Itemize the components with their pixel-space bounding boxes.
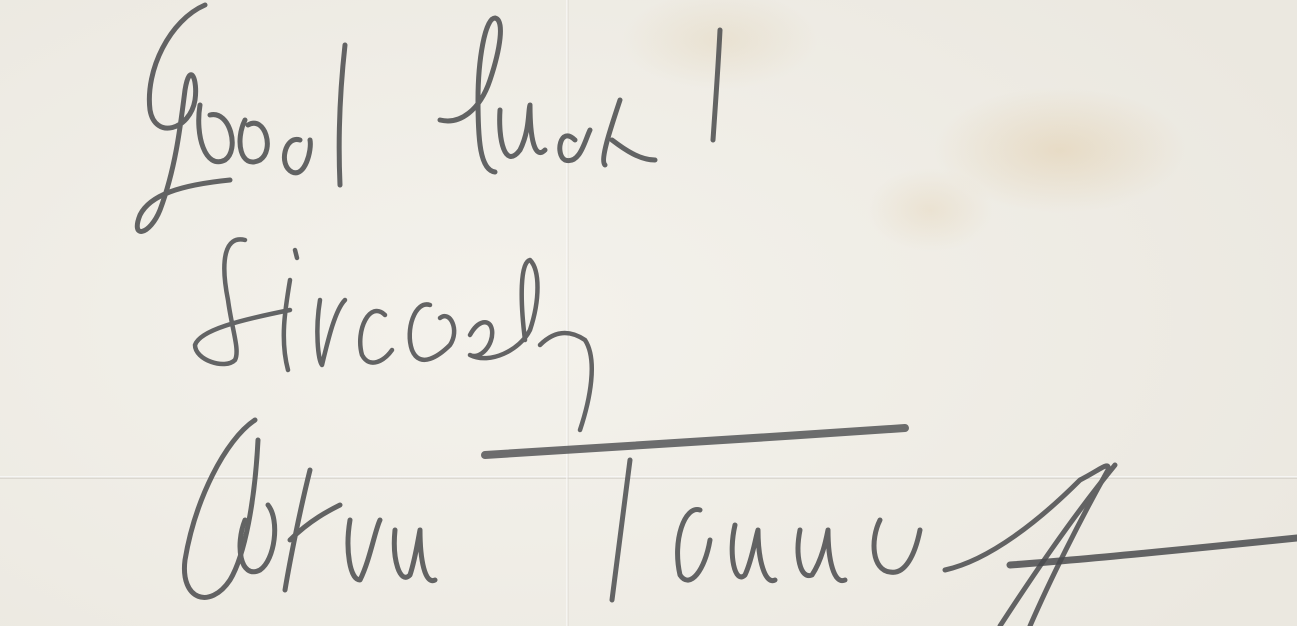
greeting-strokes-2 xyxy=(440,18,720,172)
handwritten-note: Good luck! Sincerely Akim Tamiroff xyxy=(0,0,1297,626)
greeting-strokes xyxy=(137,5,345,231)
signature-flourish-top xyxy=(485,428,905,455)
handwriting-strokes xyxy=(0,0,1297,626)
signature-strokes-last xyxy=(612,460,1115,626)
signature-strokes-first xyxy=(184,420,435,597)
closing-strokes xyxy=(195,239,592,430)
